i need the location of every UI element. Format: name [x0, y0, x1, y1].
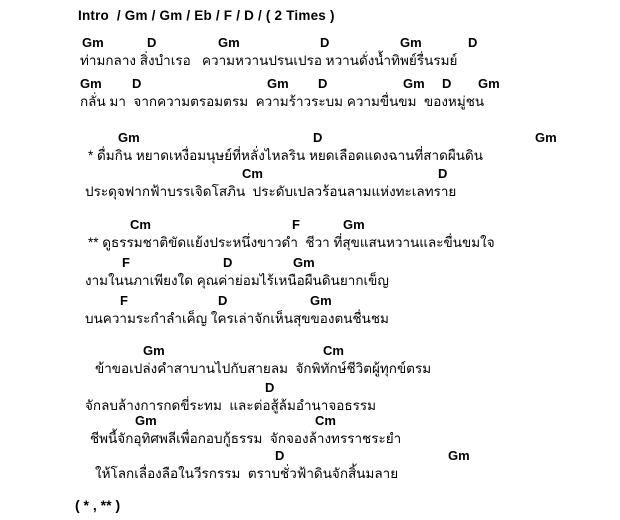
chord-label: F [122, 255, 130, 270]
repeat-note: ( * , ** ) [75, 497, 120, 513]
chord-label: Gm [82, 35, 104, 50]
chord-line: GmDGmDGmDGm [0, 76, 620, 92]
lyric-line: ข้าขอเปล่งคำสาบานไปกับสายลม จักพิทักษ์ชี… [95, 359, 431, 379]
lyric-line: กลั่น มา จากความตรอมตรม ความร้าวระบม ควา… [80, 92, 484, 112]
chord-label: Gm [218, 35, 240, 50]
chord-line: GmDGmDGmD [0, 35, 620, 51]
chord-label: Cm [315, 413, 336, 428]
chord-line: DGm [0, 448, 620, 464]
chord-label: Gm [118, 130, 140, 145]
chord-label: F [120, 293, 128, 308]
chord-label: D [313, 130, 322, 145]
chord-label: D [318, 76, 327, 91]
intro-line: Intro / Gm / Gm / Eb / F / D / ( 2 Times… [78, 8, 335, 23]
chord-line: FDGm [0, 255, 620, 271]
chord-label: Gm [400, 35, 422, 50]
lyric-line: ชีพนี้จักอุทิศพลีเพื่อกอบกู้ธรรม จักจองล… [90, 429, 401, 449]
chord-label: Gm [80, 76, 102, 91]
lyric-line: งามในนภาเพียงใด คุณค่าย่อมไร้เหนือผืนดิน… [85, 271, 389, 291]
chord-label: Gm [343, 217, 365, 232]
chord-label: Gm [293, 255, 315, 270]
lyric-line: ประดุจฟากฟ้าบรรเจิดโสภิน ประดับเปลวร้อนล… [85, 182, 456, 202]
chord-label: Gm [135, 413, 157, 428]
chord-line: D [0, 380, 620, 396]
lyric-line: ให้โลกเลื่องลือในวีรกรรม ตราบชั่วฟ้าดินจ… [95, 464, 398, 484]
lyric-line: ** ดูธรรมชาติขัดแย้งประหนึ่งขาวดำ ชีวา ท… [88, 233, 495, 253]
chord-label: D [218, 293, 227, 308]
chord-label: Cm [242, 166, 263, 181]
chord-label: D [223, 255, 232, 270]
lyric-line: * ดื่มกิน หยาดเหงื่อมนุษย์ที่หลั่งไหลริน… [88, 146, 483, 166]
chord-label: D [265, 380, 274, 395]
lyric-line: ท่ามกลาง สิ่งบำเรอ ความหวานปรนเปรอ หวานด… [80, 51, 457, 71]
chord-label: Gm [143, 343, 165, 358]
chord-label: Gm [448, 448, 470, 463]
chord-label: D [147, 35, 156, 50]
chord-label: Gm [310, 293, 332, 308]
lyric-line: บนความระกำลำเค็ญ ใครเล่าจักเห็นสุขของตนช… [85, 309, 389, 329]
chord-label: D [468, 35, 477, 50]
chord-label: D [442, 76, 451, 91]
chord-label: Gm [478, 76, 500, 91]
chord-label: Cm [130, 217, 151, 232]
chord-line: FDGm [0, 293, 620, 309]
chord-label: Gm [267, 76, 289, 91]
chord-label: D [320, 35, 329, 50]
chord-sheet: Intro / Gm / Gm / Eb / F / D / ( 2 Times… [0, 0, 620, 520]
chord-label: Cm [323, 343, 344, 358]
chord-line: GmDGm [0, 130, 620, 146]
chord-line: CmFGm [0, 217, 620, 233]
chord-line: GmCm [0, 343, 620, 359]
chord-line: GmCm [0, 413, 620, 429]
chord-label: D [275, 448, 284, 463]
chord-line: CmD [0, 166, 620, 182]
chord-label: F [292, 217, 300, 232]
chord-label: Gm [403, 76, 425, 91]
chord-label: D [438, 166, 447, 181]
chord-label: Gm [535, 130, 557, 145]
chord-label: D [132, 76, 141, 91]
